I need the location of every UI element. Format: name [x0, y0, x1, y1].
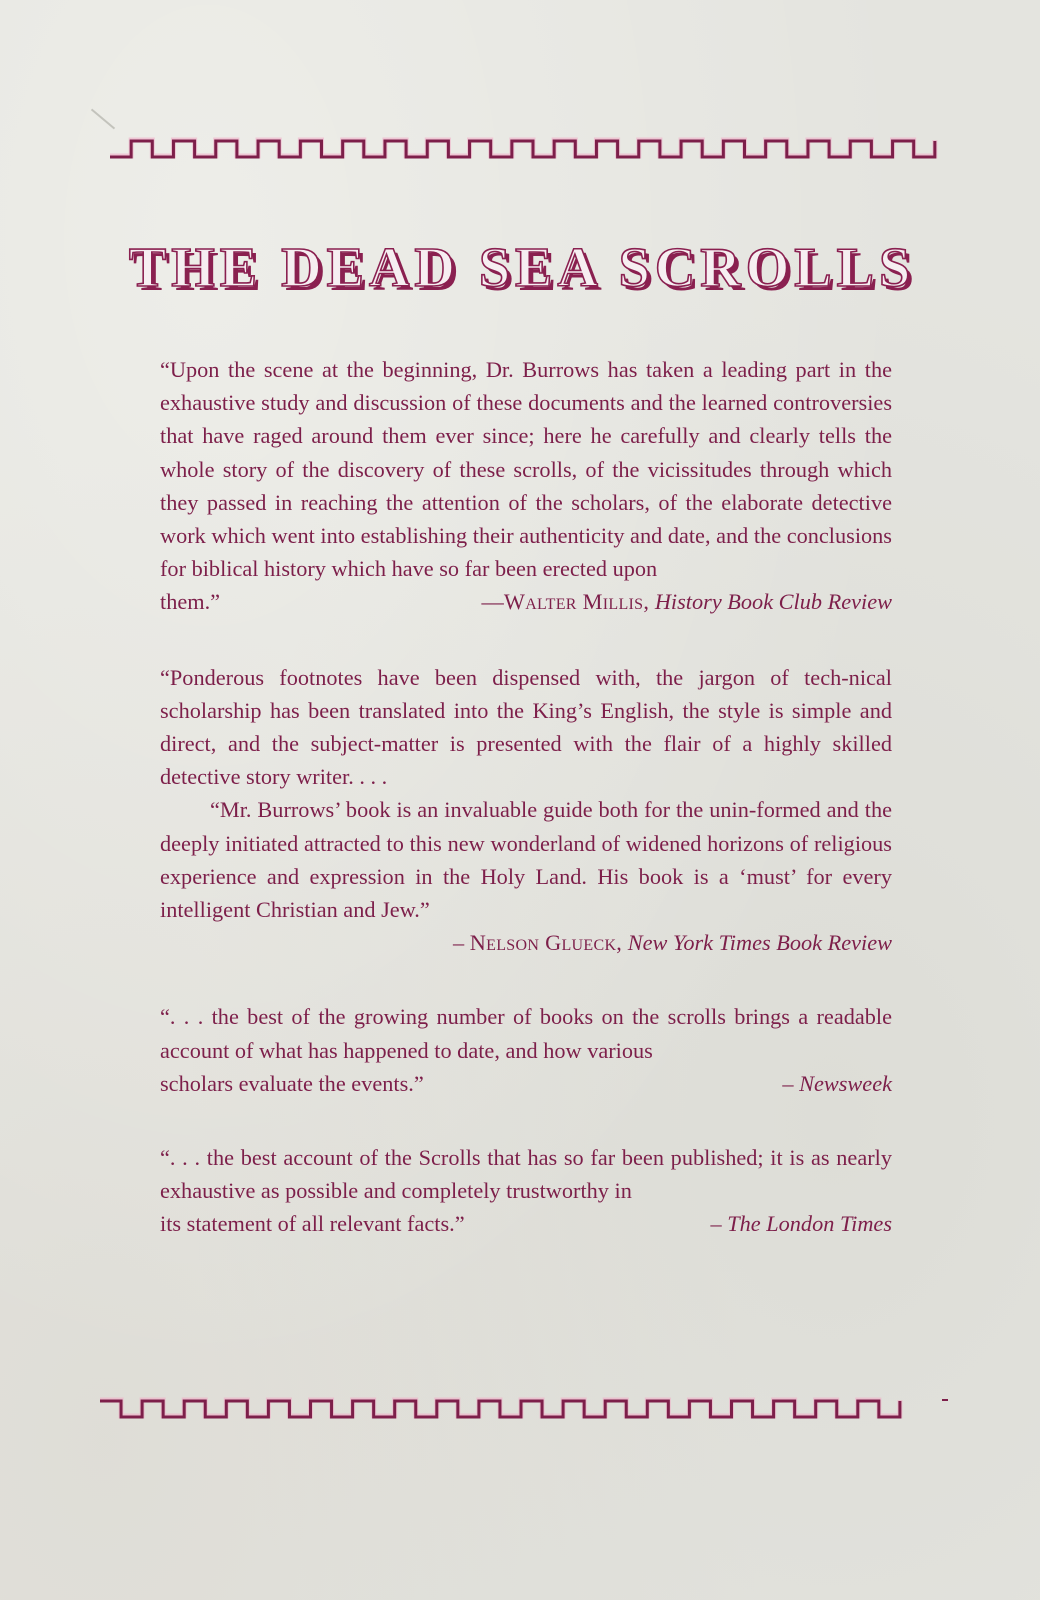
- attribution-line: scholars evaluate the events.” – Newswee…: [160, 1067, 892, 1100]
- top-greek-key-border: [0, 132, 1040, 162]
- attribution-author: Walter Millis,: [504, 589, 649, 614]
- attribution-dash: –: [710, 1211, 727, 1236]
- quote-paragraph: “Ponderous footnotes have been dispensed…: [160, 661, 892, 794]
- attribution-source: History Book Club Review: [655, 589, 892, 614]
- paper-crease: [91, 109, 115, 130]
- quote-newsweek: “. . . the best of the growing number of…: [160, 1000, 892, 1100]
- quote-tail: them.”: [160, 585, 220, 618]
- quote-paragraph: “. . . the best of the growing number of…: [160, 1000, 892, 1066]
- quote-tail: its statement of all relevant facts.”: [160, 1207, 465, 1240]
- quote-paragraph: “Upon the scene at the beginning, Dr. Bu…: [160, 353, 892, 585]
- attribution-dash: –: [782, 1071, 799, 1096]
- quote-paragraph: “. . . the best account of the Scrolls t…: [160, 1141, 892, 1207]
- bottom-greek-key-border: [0, 1392, 1040, 1422]
- attribution: – Nelson Glueck, New York Times Book Rev…: [160, 926, 892, 959]
- book-title: THE DEAD SEA SCROLLS THE DEAD SEA SCROLL…: [0, 232, 1040, 308]
- quote-tail: scholars evaluate the events.”: [160, 1067, 424, 1100]
- quote-nelson-glueck: “Ponderous footnotes have been dispensed…: [160, 661, 892, 960]
- ink-speck: [942, 1399, 948, 1401]
- attribution-source: New York Times Book Review: [628, 930, 892, 955]
- attribution-line: its statement of all relevant facts.” – …: [160, 1207, 892, 1240]
- title-text: THE DEAD SEA SCROLLS: [129, 237, 915, 299]
- attribution-dash: –: [453, 930, 470, 955]
- quote-london-times: “. . . the best account of the Scrolls t…: [160, 1141, 892, 1241]
- attribution-dash: —: [482, 589, 504, 614]
- review-quotes: “Upon the scene at the beginning, Dr. Bu…: [160, 353, 892, 1285]
- attribution-line: them.” —Walter Millis, History Book Club…: [160, 585, 892, 618]
- quote-paragraph: “Mr. Burrows’ book is an invaluable guid…: [160, 793, 892, 926]
- attribution: – Newsweek: [782, 1067, 892, 1100]
- attribution-source: The London Times: [727, 1211, 892, 1236]
- attribution: —Walter Millis, History Book Club Review: [482, 585, 892, 618]
- quote-walter-millis: “Upon the scene at the beginning, Dr. Bu…: [160, 353, 892, 619]
- attribution-author: Nelson Glueck,: [470, 930, 622, 955]
- attribution-source: Newsweek: [799, 1071, 892, 1096]
- attribution: – The London Times: [710, 1207, 892, 1240]
